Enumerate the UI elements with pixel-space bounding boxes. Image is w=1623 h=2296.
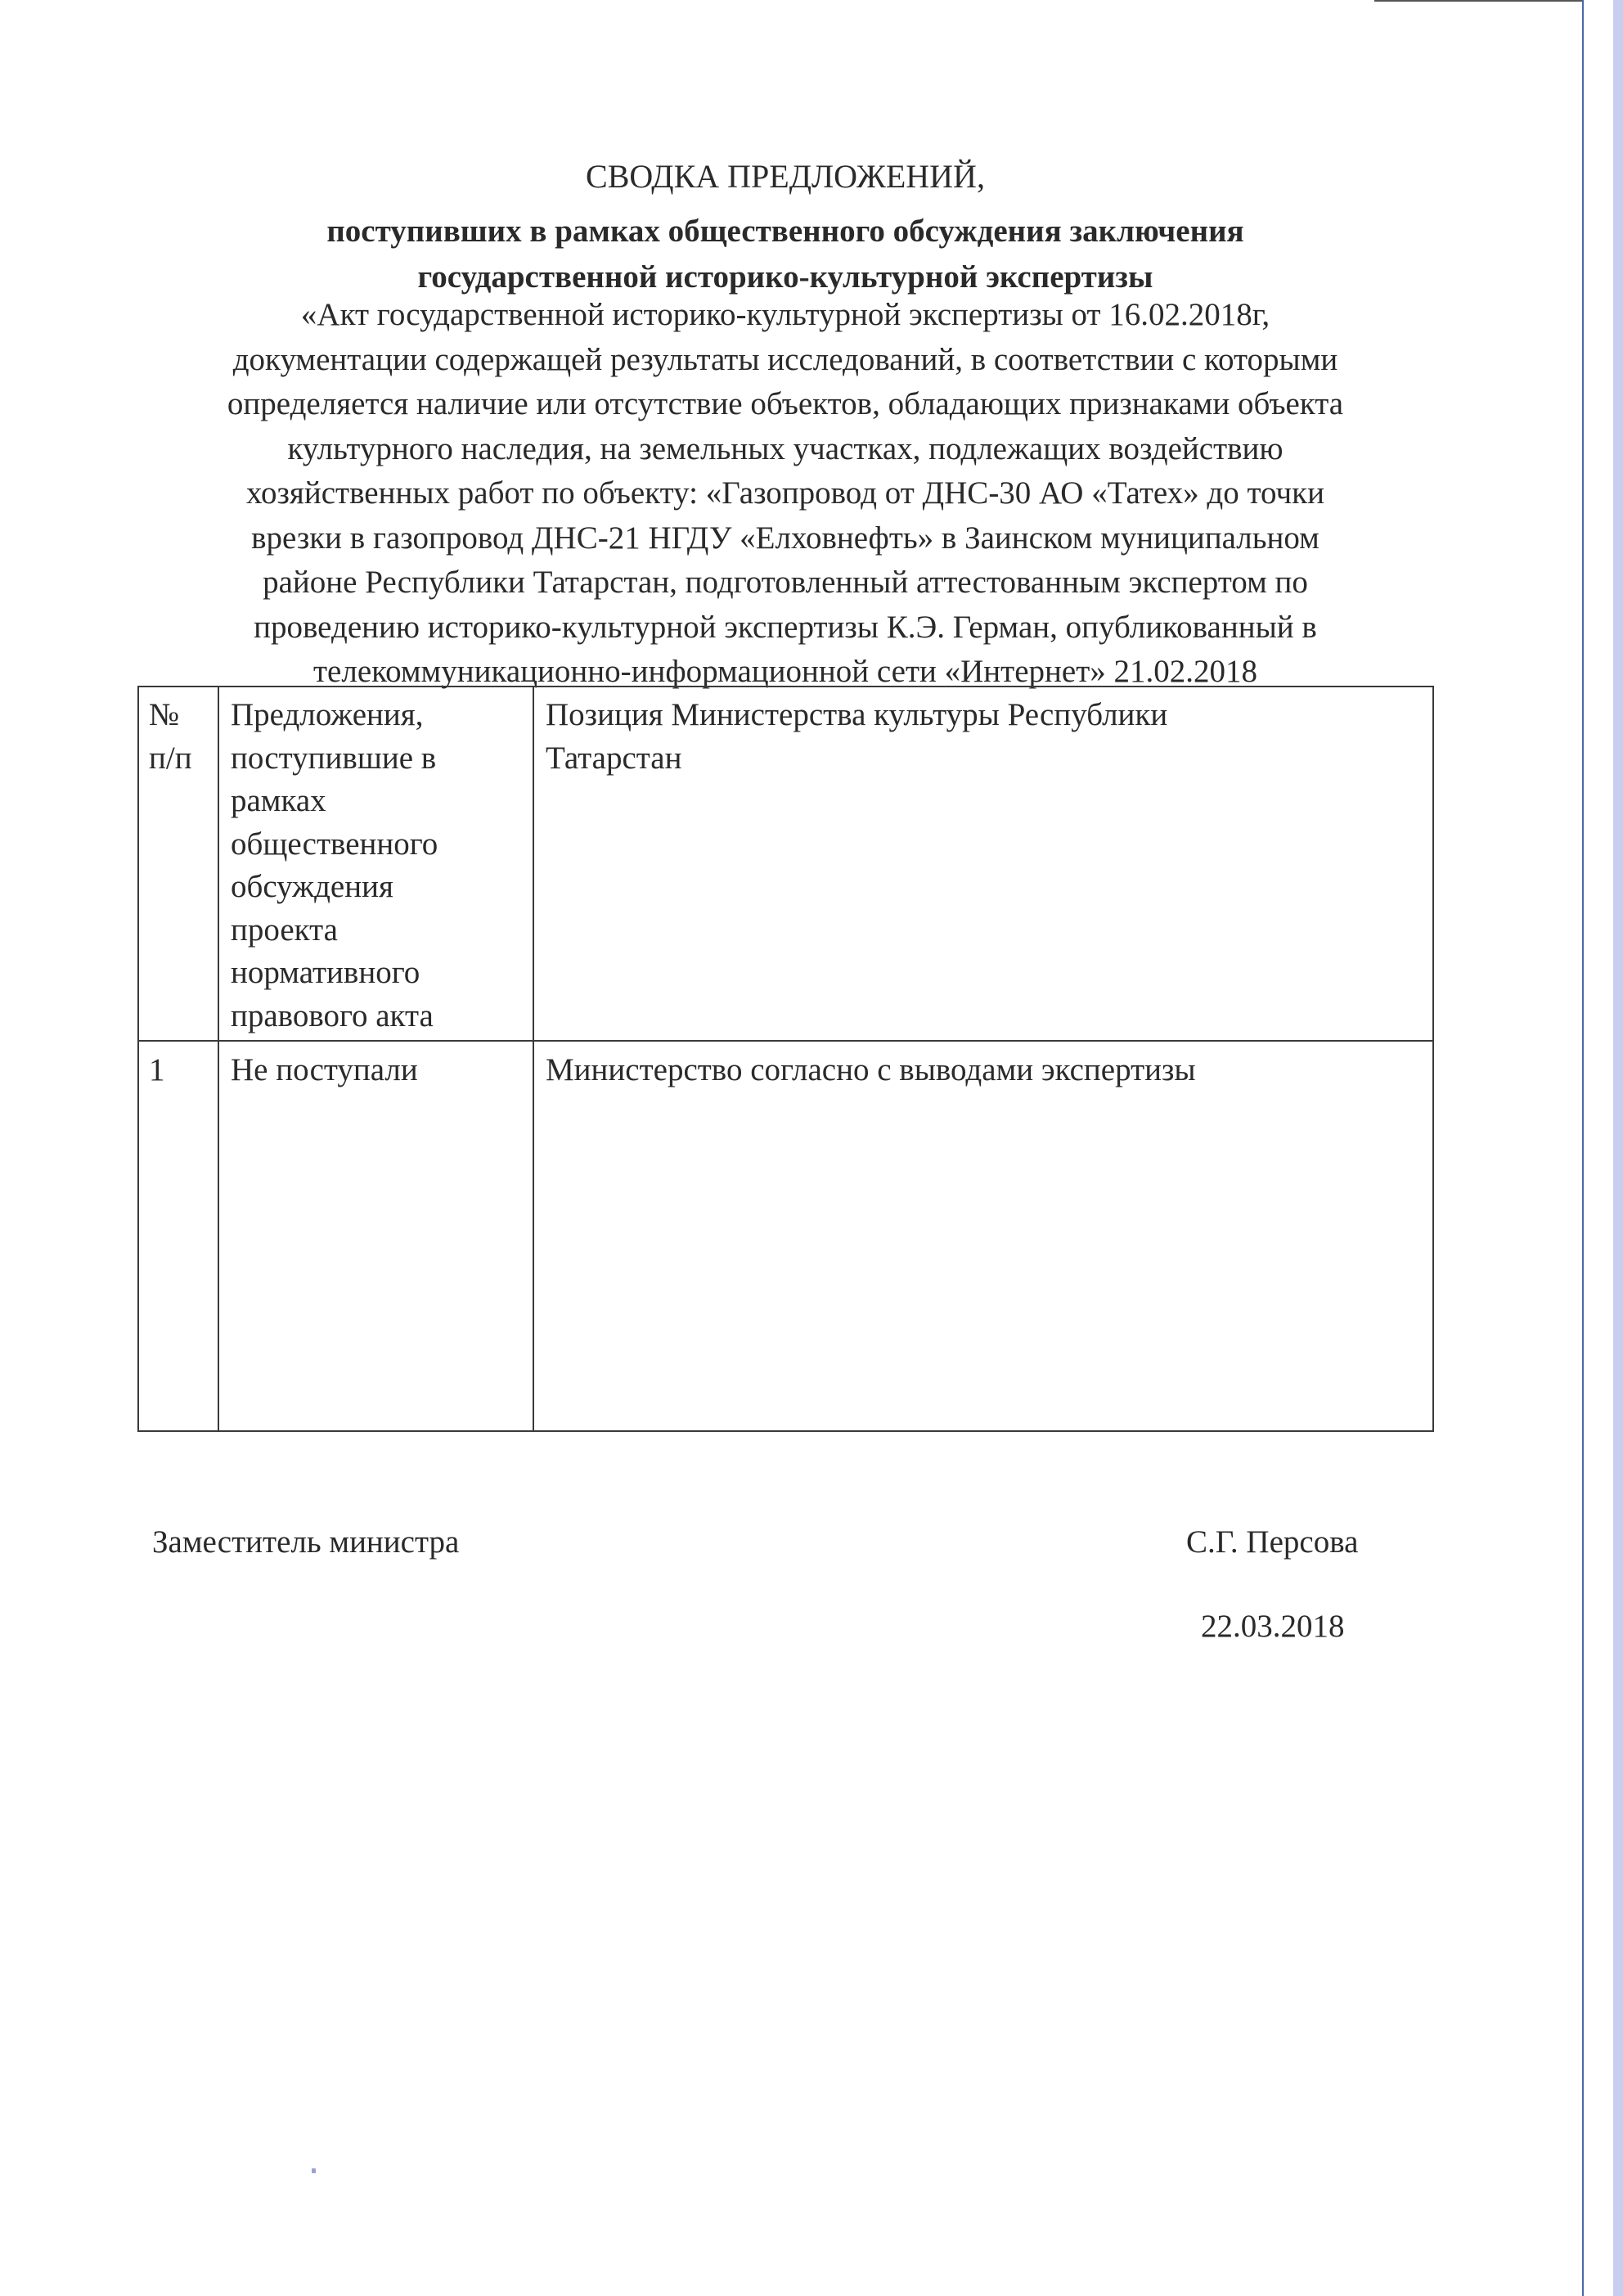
signatory-name: С.Г. Персова — [1186, 1524, 1358, 1560]
scan-top-edge — [1374, 0, 1583, 2]
header-number-line: п/п — [149, 737, 214, 781]
description-line: хозяйственных работ по объекту: «Газопро… — [164, 471, 1407, 516]
header-proposals-line: общественного — [231, 823, 525, 867]
description-line: определяется наличие или отсутствие объе… — [164, 382, 1407, 427]
subtitle-line: поступивших в рамках общественного обсуж… — [164, 209, 1407, 254]
scan-edge-line — [1582, 0, 1584, 2296]
description-line: документации содержащей результаты иссле… — [164, 338, 1407, 383]
header-proposals-line: нормативного — [231, 952, 525, 995]
row-1-proposals: Не поступали — [231, 1049, 418, 1092]
column-divider — [218, 687, 219, 1430]
document-title: СВОДКА ПРЕДЛОЖЕНИЙ, — [164, 157, 1407, 196]
document-subtitle: поступивших в рамках общественного обсуж… — [164, 209, 1407, 300]
column-divider — [533, 687, 534, 1430]
description-line: районе Республики Татарстан, подготовлен… — [164, 560, 1407, 606]
header-proposals-line: рамках — [231, 780, 525, 823]
header-position-line: Позиция Министерства культуры Республики — [546, 694, 1413, 737]
header-proposals-line: поступившие в — [231, 737, 525, 781]
proposals-table: № п/п Предложения, поступившие в рамках … — [137, 686, 1434, 1432]
scan-edge-band — [1613, 0, 1623, 2296]
row-1-ministry-position: Министерство согласно с выводами эксперт… — [546, 1049, 1196, 1092]
row-1-number: 1 — [149, 1049, 165, 1092]
document-description: «Акт государственной историко-культурной… — [164, 293, 1407, 695]
description-line: проведению историко-культурной экспертиз… — [164, 606, 1407, 651]
header-proposals-line: обсуждения — [231, 866, 525, 909]
description-line: врезки в газопровод ДНС-21 НГДУ «Елховне… — [164, 516, 1407, 561]
header-ministry-position: Позиция Министерства культуры Республики… — [546, 694, 1413, 780]
scan-speck — [312, 2168, 316, 2173]
header-number: № п/п — [149, 694, 214, 780]
header-position-line: Татарстан — [546, 737, 1413, 781]
header-proposals-line: Предложения, — [231, 694, 525, 737]
signature-date: 22.03.2018 — [1201, 1608, 1345, 1645]
description-line: «Акт государственной историко-культурной… — [164, 293, 1407, 338]
header-number-line: № — [149, 694, 214, 737]
signatory-role: Заместитель министра — [152, 1524, 459, 1560]
header-row-divider — [139, 1040, 1432, 1042]
description-line: культурного наследия, на земельных участ… — [164, 427, 1407, 472]
header-proposals-line: правового акта — [231, 995, 525, 1038]
header-proposals: Предложения, поступившие в рамках общест… — [231, 694, 525, 1038]
header-proposals-line: проекта — [231, 909, 525, 952]
